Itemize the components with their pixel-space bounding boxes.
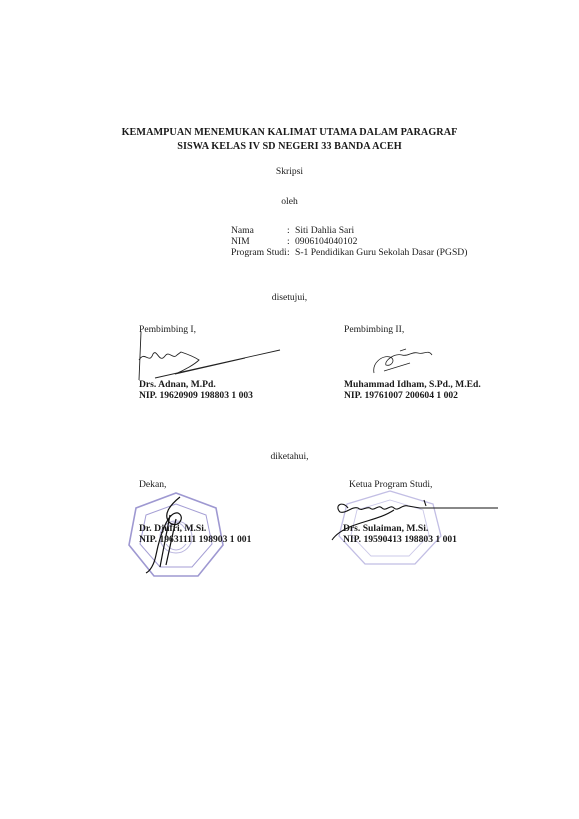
by-label: oleh	[0, 196, 579, 207]
name-label: Nama	[231, 225, 287, 236]
supervisor1-nip: NIP. 19620909 198803 1 003	[139, 390, 253, 401]
nim-colon: :	[287, 236, 295, 247]
title-line-2: SISWA KELAS IV SD NEGERI 33 BANDA ACEH	[0, 141, 579, 152]
nim-label: NIM	[231, 236, 287, 247]
supervisor1-name: Drs. Adnan, M.Pd.	[139, 379, 216, 390]
program-colon: :	[287, 247, 295, 258]
dean-nip: NIP. 19631111 198903 1 001	[139, 534, 251, 545]
supervisor2-role: Pembimbing II,	[344, 324, 404, 335]
name-value: Siti Dahlia Sari	[295, 225, 354, 236]
student-nim-row: NIM:0906104040102	[231, 236, 357, 247]
program-label: Program Studi	[231, 247, 287, 258]
supervisor2-nip: NIP. 19761007 200604 1 002	[344, 390, 458, 401]
acknowledged-label: diketahui,	[0, 451, 579, 462]
supervisor2-name: Muhammad Idham, S.Pd., M.Ed.	[344, 379, 481, 390]
document-type: Skripsi	[0, 166, 579, 177]
student-name-row: Nama:Siti Dahlia Sari	[231, 225, 354, 236]
program-head-name: Drs. Sulaiman, M.Si.	[343, 523, 428, 534]
title-line-1: KEMAMPUAN MENEMUKAN KALIMAT UTAMA DALAM …	[0, 127, 579, 138]
approved-label: disetujui,	[0, 292, 579, 303]
name-colon: :	[287, 225, 295, 236]
student-program-row: Program Studi:S-1 Pendidikan Guru Sekola…	[231, 247, 467, 258]
approval-page: KEMAMPUAN MENEMUKAN KALIMAT UTAMA DALAM …	[0, 0, 579, 819]
supervisor1-signature	[135, 330, 285, 380]
program-head-nip: NIP. 19590413 198803 1 001	[343, 534, 457, 545]
dean-role: Dekan,	[139, 479, 166, 490]
nim-value: 0906104040102	[295, 236, 357, 247]
dean-name: Dr. Djufri, M.Si.	[139, 523, 206, 534]
program-value: S-1 Pendidikan Guru Sekolah Dasar (PGSD)	[295, 247, 467, 258]
supervisor2-signature	[370, 345, 440, 375]
